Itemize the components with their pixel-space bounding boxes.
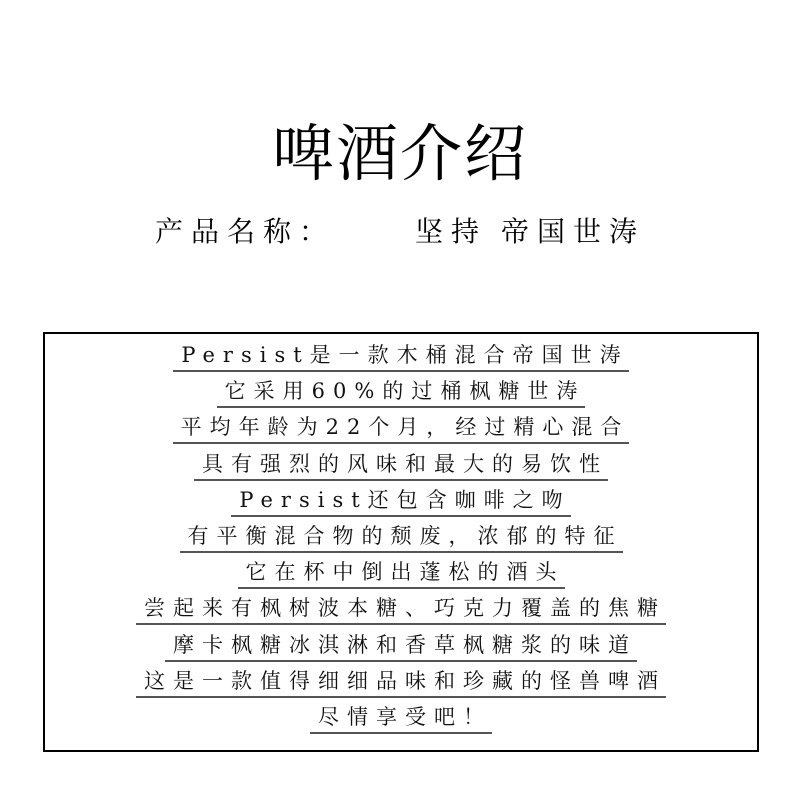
description-box: Persist是一款木桶混合帝国世涛 它采用60%的过桶枫糖世涛 平均年龄为22…	[43, 332, 759, 752]
product-name-part1: 坚持	[415, 215, 487, 248]
description-lines: Persist是一款木桶混合帝国世涛 它采用60%的过桶枫糖世涛 平均年龄为22…	[45, 340, 757, 738]
description-line-text: 这是一款值得细细品味和珍藏的怪兽啤酒	[136, 666, 666, 698]
description-line-text: 它在杯中倒出蓬松的酒头	[238, 557, 565, 589]
description-line: 它在杯中倒出蓬松的酒头	[45, 557, 757, 593]
product-name-label: 产品名称：	[155, 215, 335, 248]
description-line: 平均年龄为22个月，经过精心混合	[45, 412, 757, 448]
description-line: Persist还包含咖啡之吻	[45, 485, 757, 521]
product-name-row: 产品名称：坚持帝国世涛	[0, 212, 800, 252]
description-line-text: 平均年龄为22个月，经过精心混合	[173, 412, 630, 444]
description-line: 摩卡枫糖冰淇淋和香草枫糖浆的味道	[45, 630, 757, 666]
description-line-text: 尽情享受吧！	[310, 702, 492, 734]
description-line-text: 摩卡枫糖冰淇淋和香草枫糖浆的味道	[165, 630, 637, 662]
description-line: 尽情享受吧！	[45, 702, 757, 738]
description-line: Persist是一款木桶混合帝国世涛	[45, 340, 757, 376]
description-line-text: 尝起来有枫树波本糖、巧克力覆盖的焦糖	[136, 593, 666, 625]
description-line-text: Persist是一款木桶混合帝国世涛	[173, 340, 628, 372]
page-title: 啤酒介绍	[0, 114, 800, 194]
description-line-text: 有平衡混合物的颓废，浓郁的特征	[180, 521, 623, 553]
description-line-text: 它采用60%的过桶枫糖世涛	[217, 376, 586, 408]
description-line: 这是一款值得细细品味和珍藏的怪兽啤酒	[45, 666, 757, 702]
description-line-text: 具有强烈的风味和最大的易饮性	[194, 449, 608, 481]
description-line: 它采用60%的过桶枫糖世涛	[45, 376, 757, 412]
product-name-part2: 帝国世涛	[501, 215, 645, 248]
description-line: 有平衡混合物的颓废，浓郁的特征	[45, 521, 757, 557]
description-line: 具有强烈的风味和最大的易饮性	[45, 449, 757, 485]
description-line-text: Persist还包含咖啡之吻	[231, 485, 570, 517]
description-line: 尝起来有枫树波本糖、巧克力覆盖的焦糖	[45, 593, 757, 629]
